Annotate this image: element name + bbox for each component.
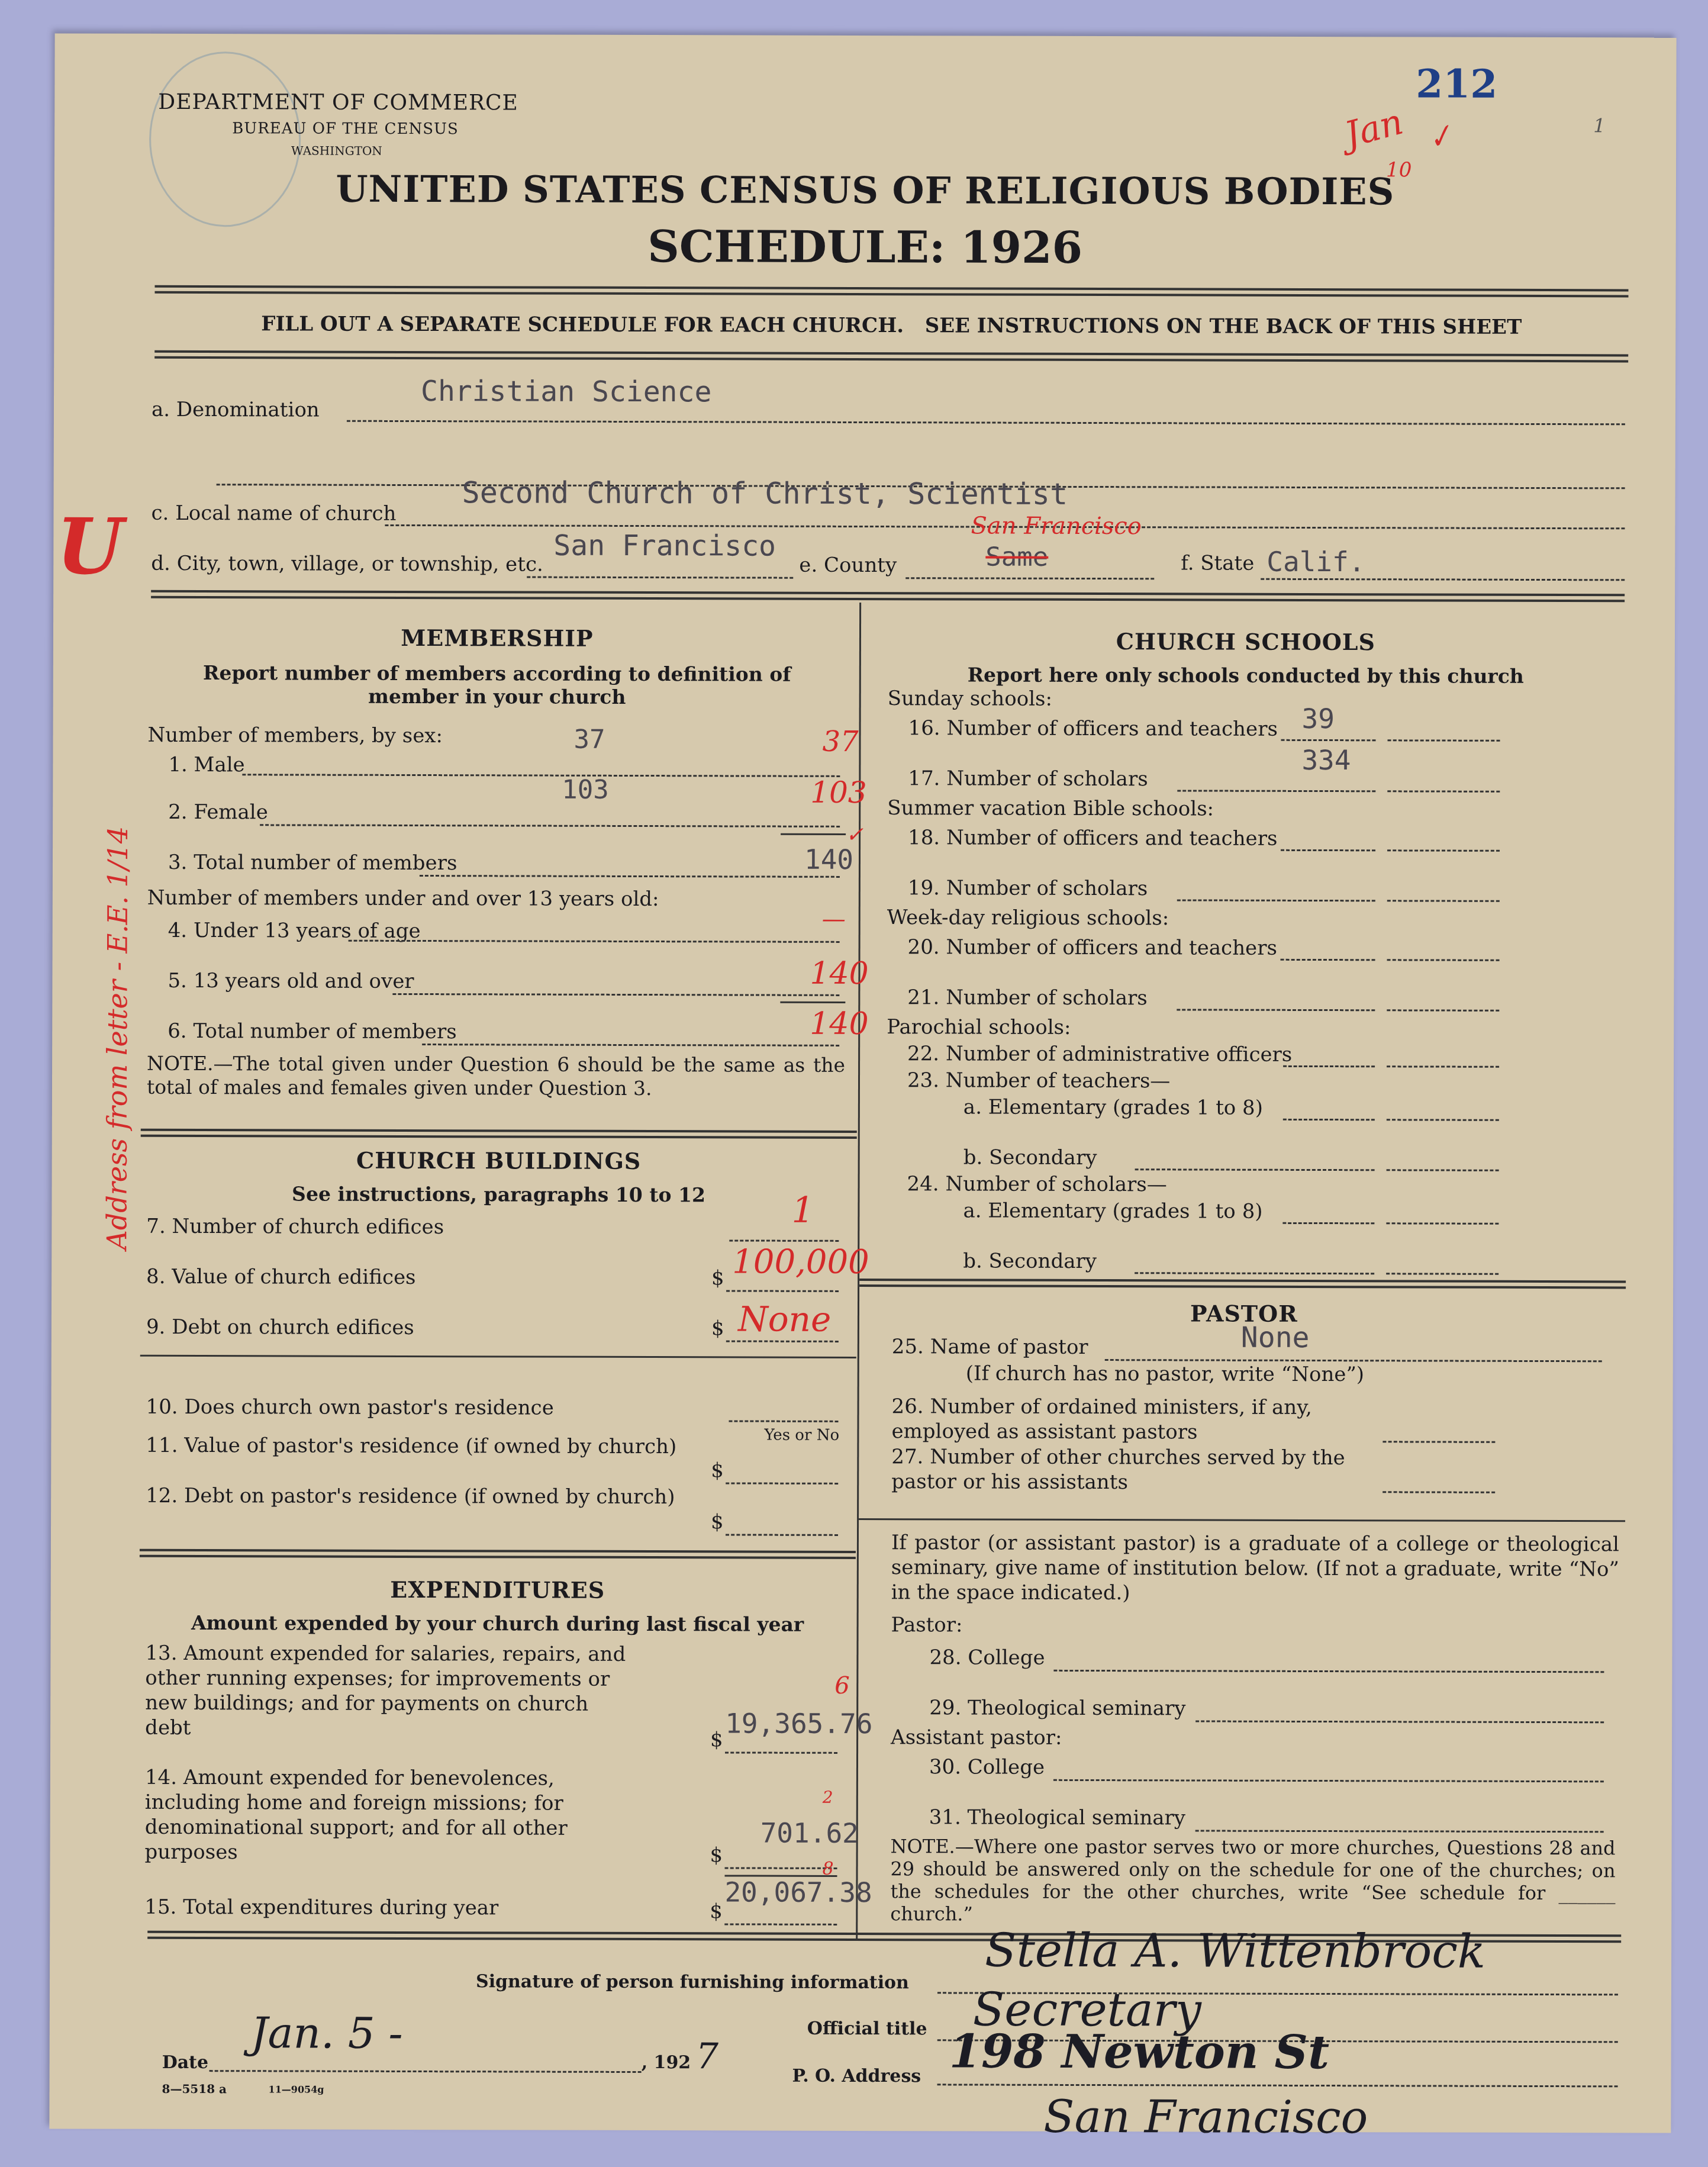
exp-running-label: 13. Amount expended for salaries, repair… [145, 1641, 636, 1741]
address-city: San Francisco [1043, 2090, 1368, 2143]
county-value-struck: Same [985, 542, 1048, 572]
address-value: 198 Newton St [949, 2024, 1330, 2079]
state-label: f. State [1181, 551, 1254, 575]
dollar-sign: $ [710, 1843, 723, 1867]
parochial-scholars-label: 24. Number of scholars— [907, 1172, 1167, 1196]
summer-officers-label: 18. Number of officers and teachers [908, 826, 1277, 851]
sunday-schools-label: Sunday schools: [888, 687, 1052, 711]
local-name-label: c. Local name of church [151, 501, 396, 526]
checkmark-icon: ✓ [1423, 117, 1458, 157]
edifices-debt-label: 9. Debt on church edifices [146, 1315, 414, 1340]
residence-value-label: 11. Value of pastor's residence (if owne… [146, 1434, 676, 1458]
weekday-schools-label: Week-day religious schools: [887, 906, 1169, 930]
dollar-sign: $ [710, 1728, 723, 1751]
dollar-sign: $ [711, 1458, 724, 1482]
buildings-inner-divider [140, 1355, 856, 1358]
sunday-officers-field[interactable] [1281, 739, 1376, 741]
expenditures-title: EXPENDITURES [140, 1576, 856, 1604]
edifices-value-field[interactable] [726, 1290, 839, 1292]
total-members-6-red: 140 [810, 1006, 868, 1042]
total-members-6-label: 6. Total number of members [167, 1019, 457, 1044]
corner-pencil-mark: 1 [1593, 114, 1605, 137]
exp-total-typed: 20,067.38 [724, 1876, 872, 1908]
expenditures-subtitle: Amount expended by your church during la… [140, 1611, 856, 1636]
teachers-elementary-answer[interactable] [1387, 1119, 1499, 1120]
teachers-elementary-field[interactable] [1283, 1119, 1375, 1120]
pastor-inner-divider [859, 1518, 1625, 1522]
membership-subtitle: Report number of members according to de… [178, 661, 817, 709]
membership-title: MEMBERSHIP [142, 624, 852, 652]
weekday-scholars-field[interactable] [1177, 1009, 1375, 1011]
weekday-scholars-answer[interactable] [1387, 1009, 1499, 1011]
exp-benevolence-field[interactable] [725, 1867, 837, 1869]
under-13-label: 4. Under 13 years of age [168, 919, 421, 943]
local-name-value: Second Church of Christ, Scientist [462, 475, 1068, 511]
edifices-debt-field[interactable] [726, 1340, 839, 1342]
date-year-printed: , 192 [642, 2052, 691, 2073]
pastor-subhead: Pastor: [891, 1613, 963, 1637]
total-members-label: 3. Total number of members [168, 851, 457, 875]
edifices-count-field[interactable] [729, 1239, 839, 1241]
schedule-title: SCHEDULE: 1926 [54, 220, 1676, 275]
female-red: 103 [810, 775, 867, 810]
census-schedule-sheet: DEPARTMENT OF COMMERCE BUREAU OF THE CEN… [49, 33, 1676, 2133]
weekday-officers-answer[interactable] [1387, 959, 1500, 961]
exp-running-typed: 19,365.76 [725, 1707, 872, 1740]
county-label: e. County [799, 553, 897, 577]
scholars-secondary-label: b. Secondary [963, 1249, 1097, 1273]
state-value: Calif. [1267, 546, 1365, 578]
assistant-college-label: 30. College [929, 1755, 1045, 1779]
pastor-name-hint: (If church has no pastor, write “None”) [966, 1361, 1364, 1386]
date-field[interactable] [210, 2070, 642, 2073]
weekday-officers-field[interactable] [1281, 959, 1375, 961]
assistant-seminary-field[interactable] [1195, 1830, 1604, 1833]
parochial-admin-answer[interactable] [1387, 1065, 1499, 1067]
print-code: 11—9054g [269, 2084, 324, 2095]
edifices-value-value: 100,000 [732, 1242, 869, 1281]
city-field[interactable] [527, 577, 793, 579]
exp-running-field[interactable] [725, 1751, 837, 1753]
denomination-field[interactable] [347, 420, 1625, 426]
date-value: Jan. 5 - [251, 2008, 403, 2058]
summer-officers-answer[interactable] [1387, 849, 1500, 851]
own-residence-label: 10. Does church own pastor's residence [146, 1395, 554, 1420]
address-field[interactable] [937, 2084, 1618, 2087]
male-red: 37 [822, 725, 858, 758]
scholars-elementary-label: a. Elementary (grades 1 to 8) [963, 1199, 1262, 1223]
date-year-hand: 7 [696, 2036, 718, 2077]
sunday-scholars-field[interactable] [1177, 790, 1375, 792]
male-field[interactable] [242, 774, 840, 777]
residence-debt-label: 12. Debt on pastor's residence (if owned… [146, 1484, 675, 1509]
assistant-ministers-label: 26. Number of ordained ministers, if any… [891, 1394, 1382, 1445]
over-13-underline [780, 1002, 845, 1003]
sunday-scholars-value: 334 [1301, 744, 1351, 776]
exp-total-field[interactable] [724, 1923, 837, 1925]
total-members-field[interactable] [420, 875, 840, 878]
female-typed: 103 [562, 775, 609, 805]
address-label: P. O. Address [792, 2066, 921, 2087]
dollar-sign: $ [710, 1899, 723, 1923]
female-label: 2. Female [168, 800, 268, 824]
residence-value-field[interactable] [726, 1482, 838, 1484]
male-typed: 37 [573, 725, 605, 755]
washington-heading: WASHINGTON [291, 143, 382, 157]
male-label: 1. Male [168, 753, 244, 777]
summer-scholars-label: 19. Number of scholars [908, 876, 1148, 900]
edifices-count-label: 7. Number of church edifices [146, 1215, 444, 1239]
exp-benevolence-typed: 701.62 [760, 1817, 859, 1849]
parochial-schools-label: Parochial schools: [887, 1015, 1071, 1039]
membership-section: MEMBERSHIP Report number of members acco… [142, 593, 853, 709]
received-date-note: Jan [1340, 101, 1407, 156]
sunday-scholars-label: 17. Number of scholars [908, 767, 1148, 791]
header-divider [154, 285, 1628, 298]
edifices-debt-value: None [738, 1299, 832, 1339]
total-members-6-field[interactable] [422, 1044, 839, 1047]
teachers-elementary-label: a. Elementary (grades 1 to 8) [963, 1095, 1263, 1119]
by-sex-label: Number of members, by sex: [147, 723, 443, 748]
margin-u-mark: U [56, 501, 124, 591]
county-correction: San Francisco [971, 512, 1142, 540]
pastor-college-field[interactable] [1053, 1670, 1604, 1673]
weekday-scholars-label: 21. Number of scholars [907, 986, 1147, 1010]
schools-subtitle: Report here only schools conducted by th… [864, 663, 1628, 688]
exp-benevolence-correction: 2 [823, 1788, 833, 1807]
total-members-typed: 140 [804, 843, 853, 875]
yes-no-hint: Yes or No [764, 1427, 839, 1444]
teachers-secondary-field[interactable] [1135, 1168, 1375, 1171]
weekday-officers-label: 20. Number of officers and teachers [908, 935, 1277, 960]
serial-number-stamp: 212 [1416, 60, 1497, 107]
instruction-bar: FILL OUT A SEPARATE SCHEDULE FOR EACH CH… [154, 312, 1628, 340]
exp-total-correction: 8 [822, 1859, 833, 1879]
residence-debt-field[interactable] [726, 1534, 838, 1535]
department-heading: DEPARTMENT OF COMMERCE [158, 90, 518, 115]
scholars-elementary-answer[interactable] [1386, 1222, 1498, 1224]
margin-vertical-note: Address from letter - E.E. 1/14 [101, 772, 134, 1305]
by-age-label: Number of members under and over 13 year… [147, 886, 659, 911]
denomination-value: Christian Science [421, 375, 711, 408]
official-title-label: Official title [807, 2018, 927, 2040]
instruction-divider [154, 350, 1628, 363]
summer-officers-field[interactable] [1281, 849, 1375, 851]
membership-divider [141, 1129, 857, 1139]
exp-running-correction: 6 [834, 1672, 850, 1699]
schools-divider [859, 1279, 1626, 1289]
summer-scholars-answer[interactable] [1387, 900, 1500, 901]
assistant-seminary-label: 31. Theological seminary [929, 1805, 1185, 1830]
assistant-college-field[interactable] [1053, 1779, 1604, 1782]
over-13-label: 5. 13 years old and over [167, 969, 414, 993]
buildings-subtitle: See instructions, paragraphs 10 to 12 [140, 1182, 856, 1207]
state-field[interactable] [1261, 578, 1625, 581]
city-label: d. City, town, village, or township, etc… [151, 552, 543, 577]
checkmark-icon: ✓ [846, 823, 863, 847]
parochial-admin-label: 22. Number of administrative officers [907, 1042, 1292, 1067]
teachers-secondary-answer[interactable] [1387, 1169, 1499, 1171]
assistant-pastor-subhead: Assistant pastor: [891, 1725, 1062, 1750]
summer-schools-label: Summer vacation Bible schools: [887, 796, 1214, 820]
exp-total-label: 15. Total expenditures during year [144, 1895, 498, 1920]
dollar-sign: $ [711, 1266, 724, 1290]
city-value: San Francisco [553, 529, 776, 563]
signature-label: Signature of person furnishing informati… [476, 1971, 909, 1993]
pastor-name-label: 25. Name of pastor [892, 1335, 1088, 1359]
other-churches-label: 27. Number of other churches served by t… [891, 1444, 1382, 1495]
summer-scholars-field[interactable] [1177, 899, 1375, 901]
signature-value: Stella A. Wittenbrock [985, 1924, 1485, 1979]
bureau-heading: BUREAU OF THE CENSUS [232, 120, 459, 138]
buildings-divider [140, 1549, 856, 1559]
county-field[interactable] [905, 577, 1154, 579]
graduate-instructions: If pastor (or assistant pastor) is a gra… [891, 1530, 1619, 1606]
buildings-title: CHURCH BUILDINGS [141, 1147, 857, 1175]
assistant-ministers-answer[interactable] [1382, 1441, 1495, 1442]
parochial-admin-field[interactable] [1283, 1065, 1375, 1067]
female-underline [781, 833, 846, 835]
pastor-college-label: 28. College [929, 1646, 1045, 1670]
pastor-seminary-field[interactable] [1195, 1720, 1604, 1723]
teachers-secondary-label: b. Secondary [963, 1145, 1097, 1170]
own-residence-field[interactable] [729, 1420, 839, 1422]
date-label: Date [162, 2052, 208, 2073]
edifices-value-label: 8. Value of church edifices [146, 1265, 416, 1289]
sunday-officers-value: 39 [1302, 703, 1335, 735]
under-13-red: — [822, 906, 846, 933]
pastor-seminary-label: 29. Theological seminary [929, 1696, 1185, 1720]
denomination-label: a. Denomination [152, 398, 320, 422]
scholars-secondary-answer[interactable] [1386, 1273, 1498, 1274]
other-churches-answer[interactable] [1382, 1491, 1495, 1493]
parochial-teachers-label: 23. Number of teachers— [907, 1068, 1170, 1093]
dollar-sign: $ [711, 1316, 724, 1340]
female-field[interactable] [260, 824, 840, 827]
sunday-scholars-answer[interactable] [1387, 790, 1500, 792]
scholars-secondary-field[interactable] [1135, 1272, 1374, 1274]
scholars-elementary-field[interactable] [1282, 1222, 1374, 1224]
dollar-sign: $ [711, 1510, 724, 1534]
form-title: UNITED STATES CENSUS OF RELIGIOUS BODIES [54, 166, 1676, 214]
form-number: 8—5518 a [162, 2082, 227, 2096]
over-13-field[interactable] [392, 993, 839, 996]
over-13-red: 140 [810, 956, 868, 991]
edifices-count-value: 1 [791, 1190, 814, 1231]
schools-title: CHURCH SCHOOLS [864, 627, 1628, 656]
under-13-field[interactable] [349, 940, 840, 943]
membership-note: NOTE.—The total given under Question 6 s… [147, 1052, 845, 1101]
sunday-officers-answer[interactable] [1388, 739, 1500, 741]
exp-benevolence-label: 14. Amount expended for benevolences, in… [145, 1765, 636, 1866]
pastor-note: NOTE.—Where one pastor serves two or mor… [890, 1835, 1615, 1927]
sunday-officers-label: 16. Number of officers and teachers [908, 716, 1278, 741]
pastor-name-value: None [1241, 1321, 1310, 1354]
